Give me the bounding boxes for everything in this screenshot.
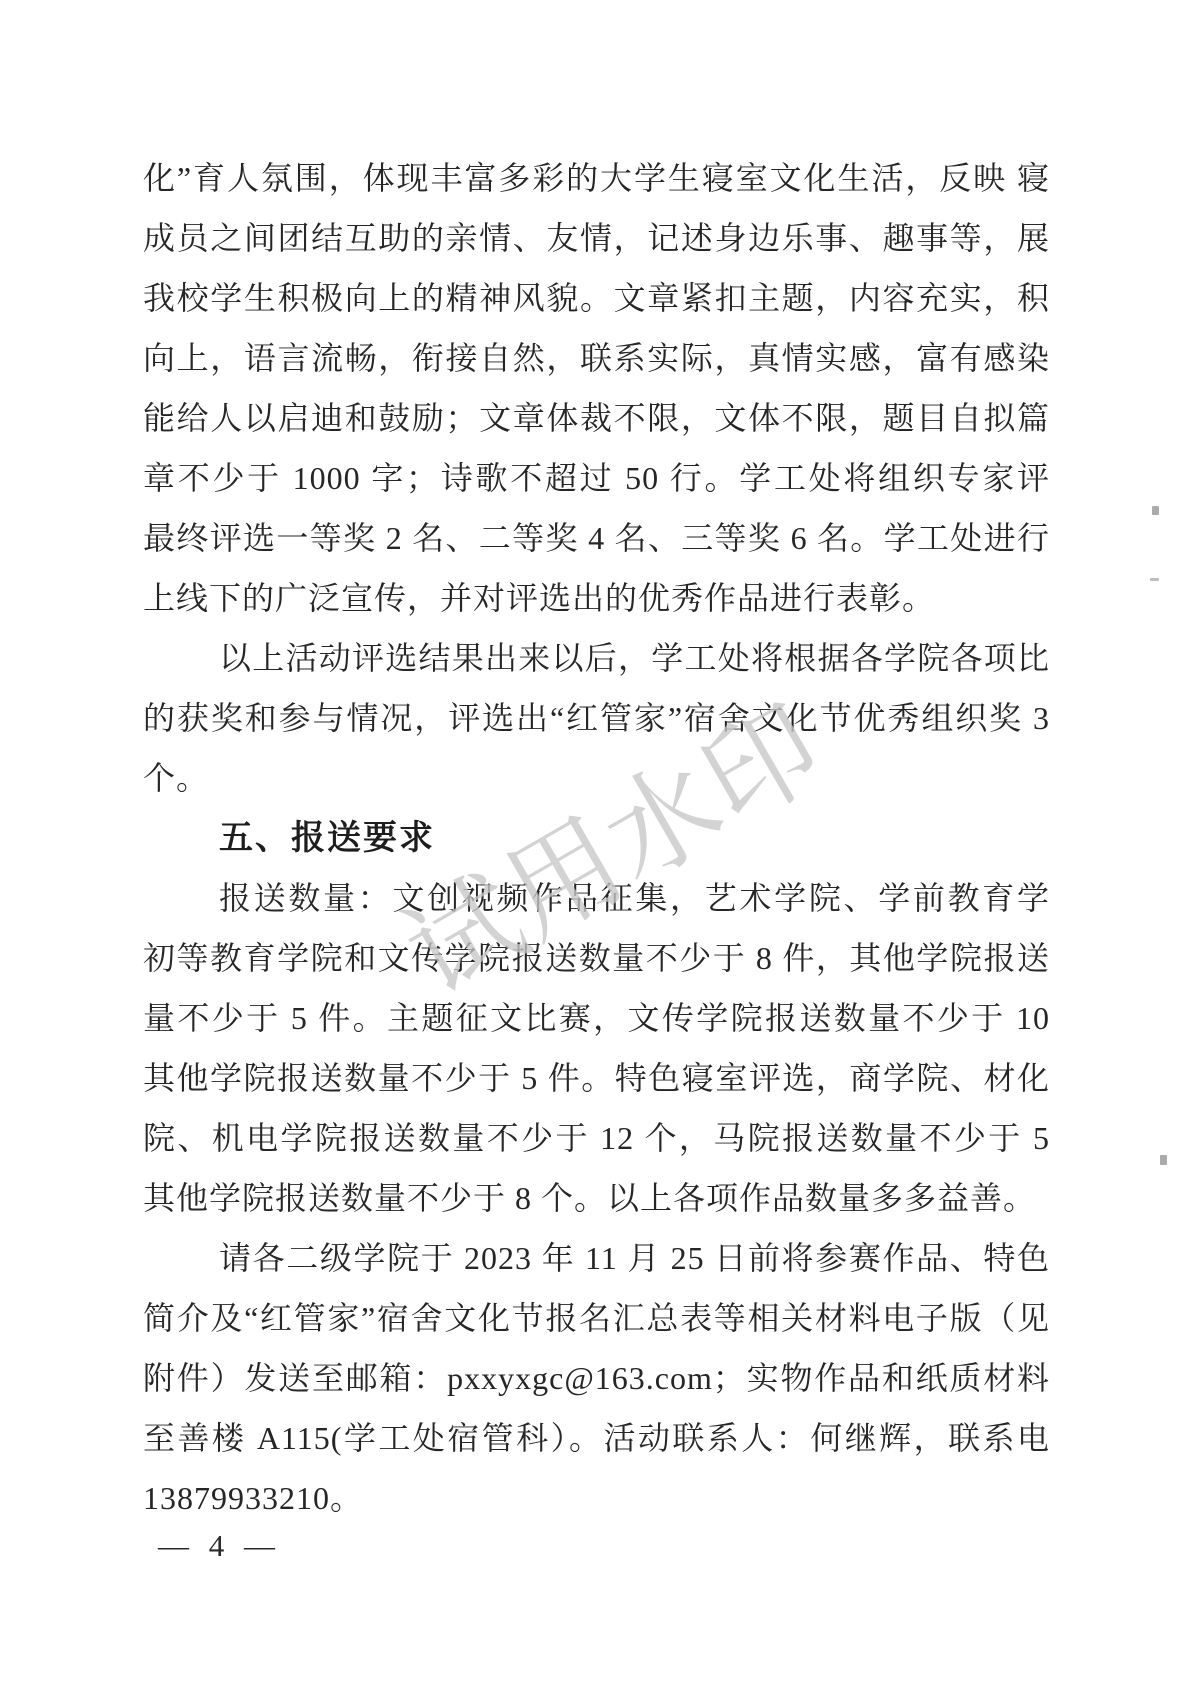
text-line: 最终评选一等奖 2 名、二等奖 4 名、三等奖 6 名。学工处进行线	[143, 508, 1050, 568]
text-line: 简介及“红管家”宿舍文化节报名汇总表等相关材料电子版（见	[143, 1288, 1050, 1348]
text-line: 量不少于 5 件。主题征文比赛，文传学院报送数量不少于 10 件，	[143, 988, 1050, 1048]
page-number: — 4 —	[158, 1528, 281, 1564]
text-line: 报送数量：文创视频作品征集，艺术学院、学前教育学院、	[143, 868, 1050, 928]
document-page: 化”育人氛围，体现丰富多彩的大学生寝室文化生活，反映 寝室成员之间团结互助的亲情…	[0, 0, 1190, 1682]
text-line: 成员之间团结互助的亲情、友情，记述身边乐事、趣事等，展现	[143, 208, 1050, 268]
text-line: 的获奖和参与情况，评选出“红管家”宿舍文化节优秀组织奖 3	[143, 688, 1050, 748]
text-column: 化”育人氛围，体现丰富多彩的大学生寝室文化生活，反映 寝室成员之间团结互助的亲情…	[143, 148, 1050, 1528]
text-line: 我校学生积极向上的精神风貌。文章紧扣主题，内容充实，积极	[143, 268, 1050, 328]
text-line: 至善楼 A115(学工处宿管科）。活动联系人：何继辉，联系电话：	[143, 1408, 1050, 1468]
scan-speck	[1152, 506, 1159, 515]
text-line: 向上，语言流畅，衔接自然，联系实际，真情实感，富有感染力，	[143, 328, 1050, 388]
text-line: 其他学院报送数量不少于 5 件。特色寝室评选，商学院、材化学	[143, 1048, 1050, 1108]
text-line: 上线下的广泛宣传，并对评选出的优秀作品进行表彰。	[143, 568, 1050, 628]
text-line: 附件）发送至邮箱：pxxyxgc@163.com；实物作品和纸质材料交至	[143, 1348, 1050, 1408]
section-heading: 五、报送要求	[143, 808, 1050, 868]
text-line: 能给人以启迪和鼓励；文章体裁不限，文体不限，题目自拟篇文	[143, 388, 1050, 448]
text-line: 章不少于 1000 字；诗歌不超过 50 行。学工处将组织专家评审，	[143, 448, 1050, 508]
text-line: 以上活动评选结果出来以后，学工处将根据各学院各项比赛	[143, 628, 1050, 688]
text-line: 个。	[143, 748, 1050, 808]
text-line: 请各二级学院于 2023 年 11 月 25 日前将参赛作品、特色寝室	[143, 1228, 1050, 1288]
scan-speck	[1150, 578, 1159, 581]
text-line: 13879933210。	[143, 1468, 1050, 1528]
text-line: 初等教育学院和文传学院报送数量不少于 8 件，其他学院报送数	[143, 928, 1050, 988]
text-line: 其他学院报送数量不少于 8 个。以上各项作品数量多多益善。	[143, 1168, 1050, 1228]
text-line: 化”育人氛围，体现丰富多彩的大学生寝室文化生活，反映 寝室	[143, 148, 1050, 208]
text-line: 院、机电学院报送数量不少于 12 个，马院报送数量不少于 5 个，	[143, 1108, 1050, 1168]
scan-speck	[1160, 1155, 1167, 1165]
